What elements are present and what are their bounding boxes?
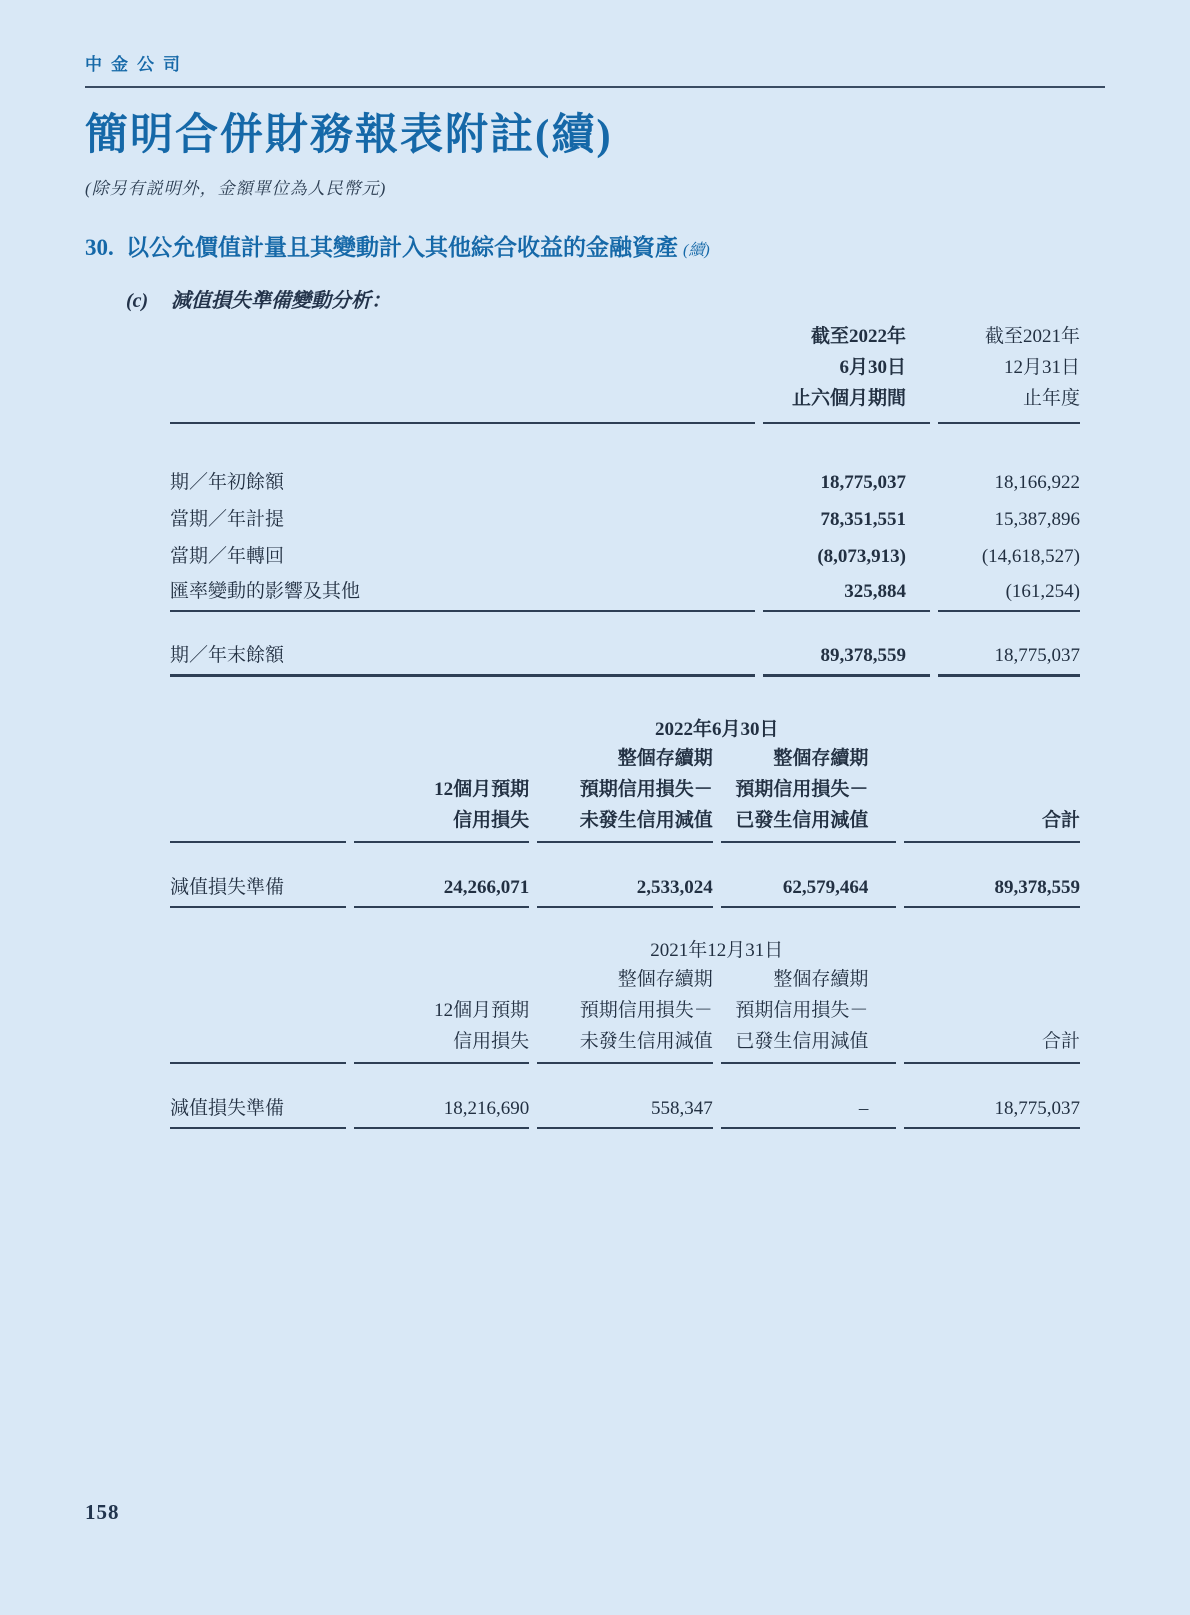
ecl-header-total-label: 合計 — [904, 805, 1080, 836]
movement-header-2021: 截至2021年 12月31日 止年度 — [938, 321, 1080, 424]
page-content: 中金公司 簡明合併財務報表附註(續) (除另有説明外，金額單位為人民幣元) 30… — [0, 0, 1190, 1129]
title-spacer — [904, 938, 1080, 964]
total-row: 期／年末餘額 89,378,559 18,775,037 — [170, 640, 1080, 677]
row-value-2022: (8,073,913) — [763, 538, 930, 575]
ecl-header-col3-line2: 預期信用損失－ — [721, 774, 869, 805]
total-row-label: 期／年末餘額 — [170, 640, 755, 677]
row-value-2022: 78,351,551 — [763, 501, 930, 538]
section-number: 30. — [85, 235, 126, 261]
report-page: { "colors": { "background": "#d9e8f6", "… — [0, 0, 1190, 1615]
ecl-2022-value-12m: 24,266,071 — [354, 871, 530, 908]
row-value-2021: 15,387,896 — [938, 501, 1080, 538]
movement-header-2021-line1: 截至2021年 — [938, 321, 1080, 352]
movement-header-2022: 截至2022年 6月30日 止六個月期間 — [763, 321, 930, 424]
section-continued-suffix: (續) — [683, 237, 710, 260]
movement-table-header-row: 截至2022年 6月30日 止六個月期間 截至2021年 12月31日 止年度 — [170, 321, 1080, 424]
movement-header-2021-line3: 止年度 — [938, 383, 1080, 414]
table-row: 匯率變動的影響及其他 325,884 (161,254) — [170, 575, 1080, 612]
ecl-header-col4: 合計 — [904, 964, 1080, 1064]
movement-header-2021-line2: 12月31日 — [938, 352, 1080, 383]
title-spacer — [170, 938, 529, 964]
table-row: 當期／年計提 78,351,551 15,387,896 — [170, 501, 1080, 538]
row-value-2021: 18,166,922 — [938, 464, 1080, 501]
ecl-header-col2-line1: 整個存續期 — [537, 964, 713, 995]
ecl-2021-header-row: 12個月預期 信用損失 整個存續期 預期信用損失－ 未發生信用減值 整個存續期 … — [170, 964, 1080, 1064]
total-value-2022: 89,378,559 — [763, 640, 930, 677]
ecl-header-col4: 合計 — [904, 743, 1080, 843]
impairment-movement-table: 截至2022年 6月30日 止六個月期間 截至2021年 12月31日 止年度 … — [162, 321, 1088, 677]
ecl-header-total-label: 合計 — [904, 1026, 1080, 1057]
movement-header-2022-line3: 止六個月期間 — [763, 383, 906, 414]
ecl-table-2022: 2022年6月30日 12個月預期 信用損失 整個存續期 預期信用損失－ 未發生… — [162, 717, 1088, 908]
ecl-header-col3-line2: 預期信用損失－ — [721, 995, 869, 1026]
ecl-table-2021: 2021年12月31日 12個月預期 信用損失 整個存續期 預期信用損失－ 未發… — [162, 938, 1088, 1129]
ecl-header-col3-line3: 已發生信用減值 — [721, 1026, 869, 1057]
ecl-header-col3: 整個存續期 預期信用損失－ 已發生信用減值 — [721, 964, 897, 1064]
row-label: 減值損失準備 — [170, 1092, 346, 1129]
section-title: 以公允價值計量且其變動計入其他綜合收益的金融資產 — [126, 229, 678, 262]
ecl-header-spacer — [170, 964, 346, 1064]
row-value-2021: (14,618,527) — [938, 538, 1080, 575]
sub-section-label: (c) — [126, 290, 171, 313]
ecl-header-spacer — [170, 743, 346, 843]
ecl-header-col1-line2: 信用損失 — [354, 1026, 530, 1057]
ecl-2021-value-lifetime-not-impaired: 558,347 — [537, 1092, 713, 1129]
row-value-2021: (161,254) — [938, 575, 1080, 612]
page-subtitle: (除另有説明外，金額單位為人民幣元) — [85, 174, 1105, 199]
ecl-header-col2-line3: 未發生信用減值 — [537, 805, 713, 836]
section-heading: 30. 以公允價值計量且其變動計入其他綜合收益的金融資產 (續) — [85, 229, 1105, 262]
spacer-row — [170, 612, 1080, 640]
ecl-2021-value-12m: 18,216,690 — [354, 1092, 530, 1129]
ecl-header-col2: 整個存續期 預期信用損失－ 未發生信用減值 — [537, 743, 713, 843]
ecl-header-col2-line3: 未發生信用減值 — [537, 1026, 713, 1057]
ecl-header-col1-line1: 12個月預期 — [354, 774, 530, 805]
ecl-header-col3-line3: 已發生信用減值 — [721, 805, 869, 836]
ecl-header-col3: 整個存續期 預期信用損失－ 已發生信用減值 — [721, 743, 897, 843]
table-row: 期／年初餘額 18,775,037 18,166,922 — [170, 464, 1080, 501]
page-title: 簡明合併財務報表附註(續) — [85, 110, 1105, 162]
page-number: 158 — [85, 1500, 120, 1525]
ecl-2022-data-row: 減值損失準備 24,266,071 2,533,024 62,579,464 8… — [170, 871, 1080, 908]
sub-section-title: 減值損失準備變動分析： — [171, 284, 391, 313]
company-name: 中金公司 — [85, 50, 1105, 75]
ecl-header-col1-line2: 信用損失 — [354, 805, 530, 836]
row-label: 期／年初餘額 — [170, 464, 755, 501]
ecl-2022-header-row: 12個月預期 信用損失 整個存續期 預期信用損失－ 未發生信用減值 整個存續期 … — [170, 743, 1080, 843]
ecl-header-col2-line2: 預期信用損失－ — [537, 774, 713, 805]
ecl-2021-title: 2021年12月31日 — [537, 938, 896, 964]
ecl-header-col3-line1: 整個存續期 — [721, 964, 869, 995]
row-label: 當期／年計提 — [170, 501, 755, 538]
ecl-2022-value-lifetime-not-impaired: 2,533,024 — [537, 871, 713, 908]
sub-section-heading: (c) 減值損失準備變動分析： — [126, 284, 1105, 313]
ecl-header-col2-line2: 預期信用損失－ — [537, 995, 713, 1026]
spacer-row — [170, 1064, 1080, 1092]
ecl-2022-title-row: 2022年6月30日 — [170, 717, 1080, 743]
title-spacer — [904, 717, 1080, 743]
row-label: 當期／年轉回 — [170, 538, 755, 575]
ecl-2022-title: 2022年6月30日 — [537, 717, 896, 743]
total-value-2021: 18,775,037 — [938, 640, 1080, 677]
movement-header-spacer — [170, 321, 755, 424]
spacer-row — [170, 843, 1080, 871]
row-value-2022: 325,884 — [763, 575, 930, 612]
title-spacer — [170, 717, 529, 743]
ecl-2021-title-row: 2021年12月31日 — [170, 938, 1080, 964]
ecl-header-col2-line1: 整個存續期 — [537, 743, 713, 774]
ecl-2021-value-total: 18,775,037 — [904, 1092, 1080, 1129]
ecl-header-col3-line1: 整個存續期 — [721, 743, 869, 774]
ecl-header-col2: 整個存續期 預期信用損失－ 未發生信用減值 — [537, 964, 713, 1064]
ecl-2022-value-lifetime-impaired: 62,579,464 — [721, 871, 897, 908]
row-label: 減值損失準備 — [170, 871, 346, 908]
spacer-row — [170, 424, 1080, 464]
row-label: 匯率變動的影響及其他 — [170, 575, 755, 612]
ecl-header-col1: 12個月預期 信用損失 — [354, 743, 530, 843]
ecl-2022-value-total: 89,378,559 — [904, 871, 1080, 908]
row-value-2022: 18,775,037 — [763, 464, 930, 501]
ecl-2021-data-row: 減值損失準備 18,216,690 558,347 – 18,775,037 — [170, 1092, 1080, 1129]
header-rule — [85, 86, 1105, 88]
ecl-2021-value-lifetime-impaired: – — [721, 1092, 897, 1129]
ecl-header-col1-line1: 12個月預期 — [354, 995, 530, 1026]
ecl-header-col1: 12個月預期 信用損失 — [354, 964, 530, 1064]
movement-header-2022-line1: 截至2022年 — [763, 321, 906, 352]
table-row: 當期／年轉回 (8,073,913) (14,618,527) — [170, 538, 1080, 575]
movement-header-2022-line2: 6月30日 — [763, 352, 906, 383]
